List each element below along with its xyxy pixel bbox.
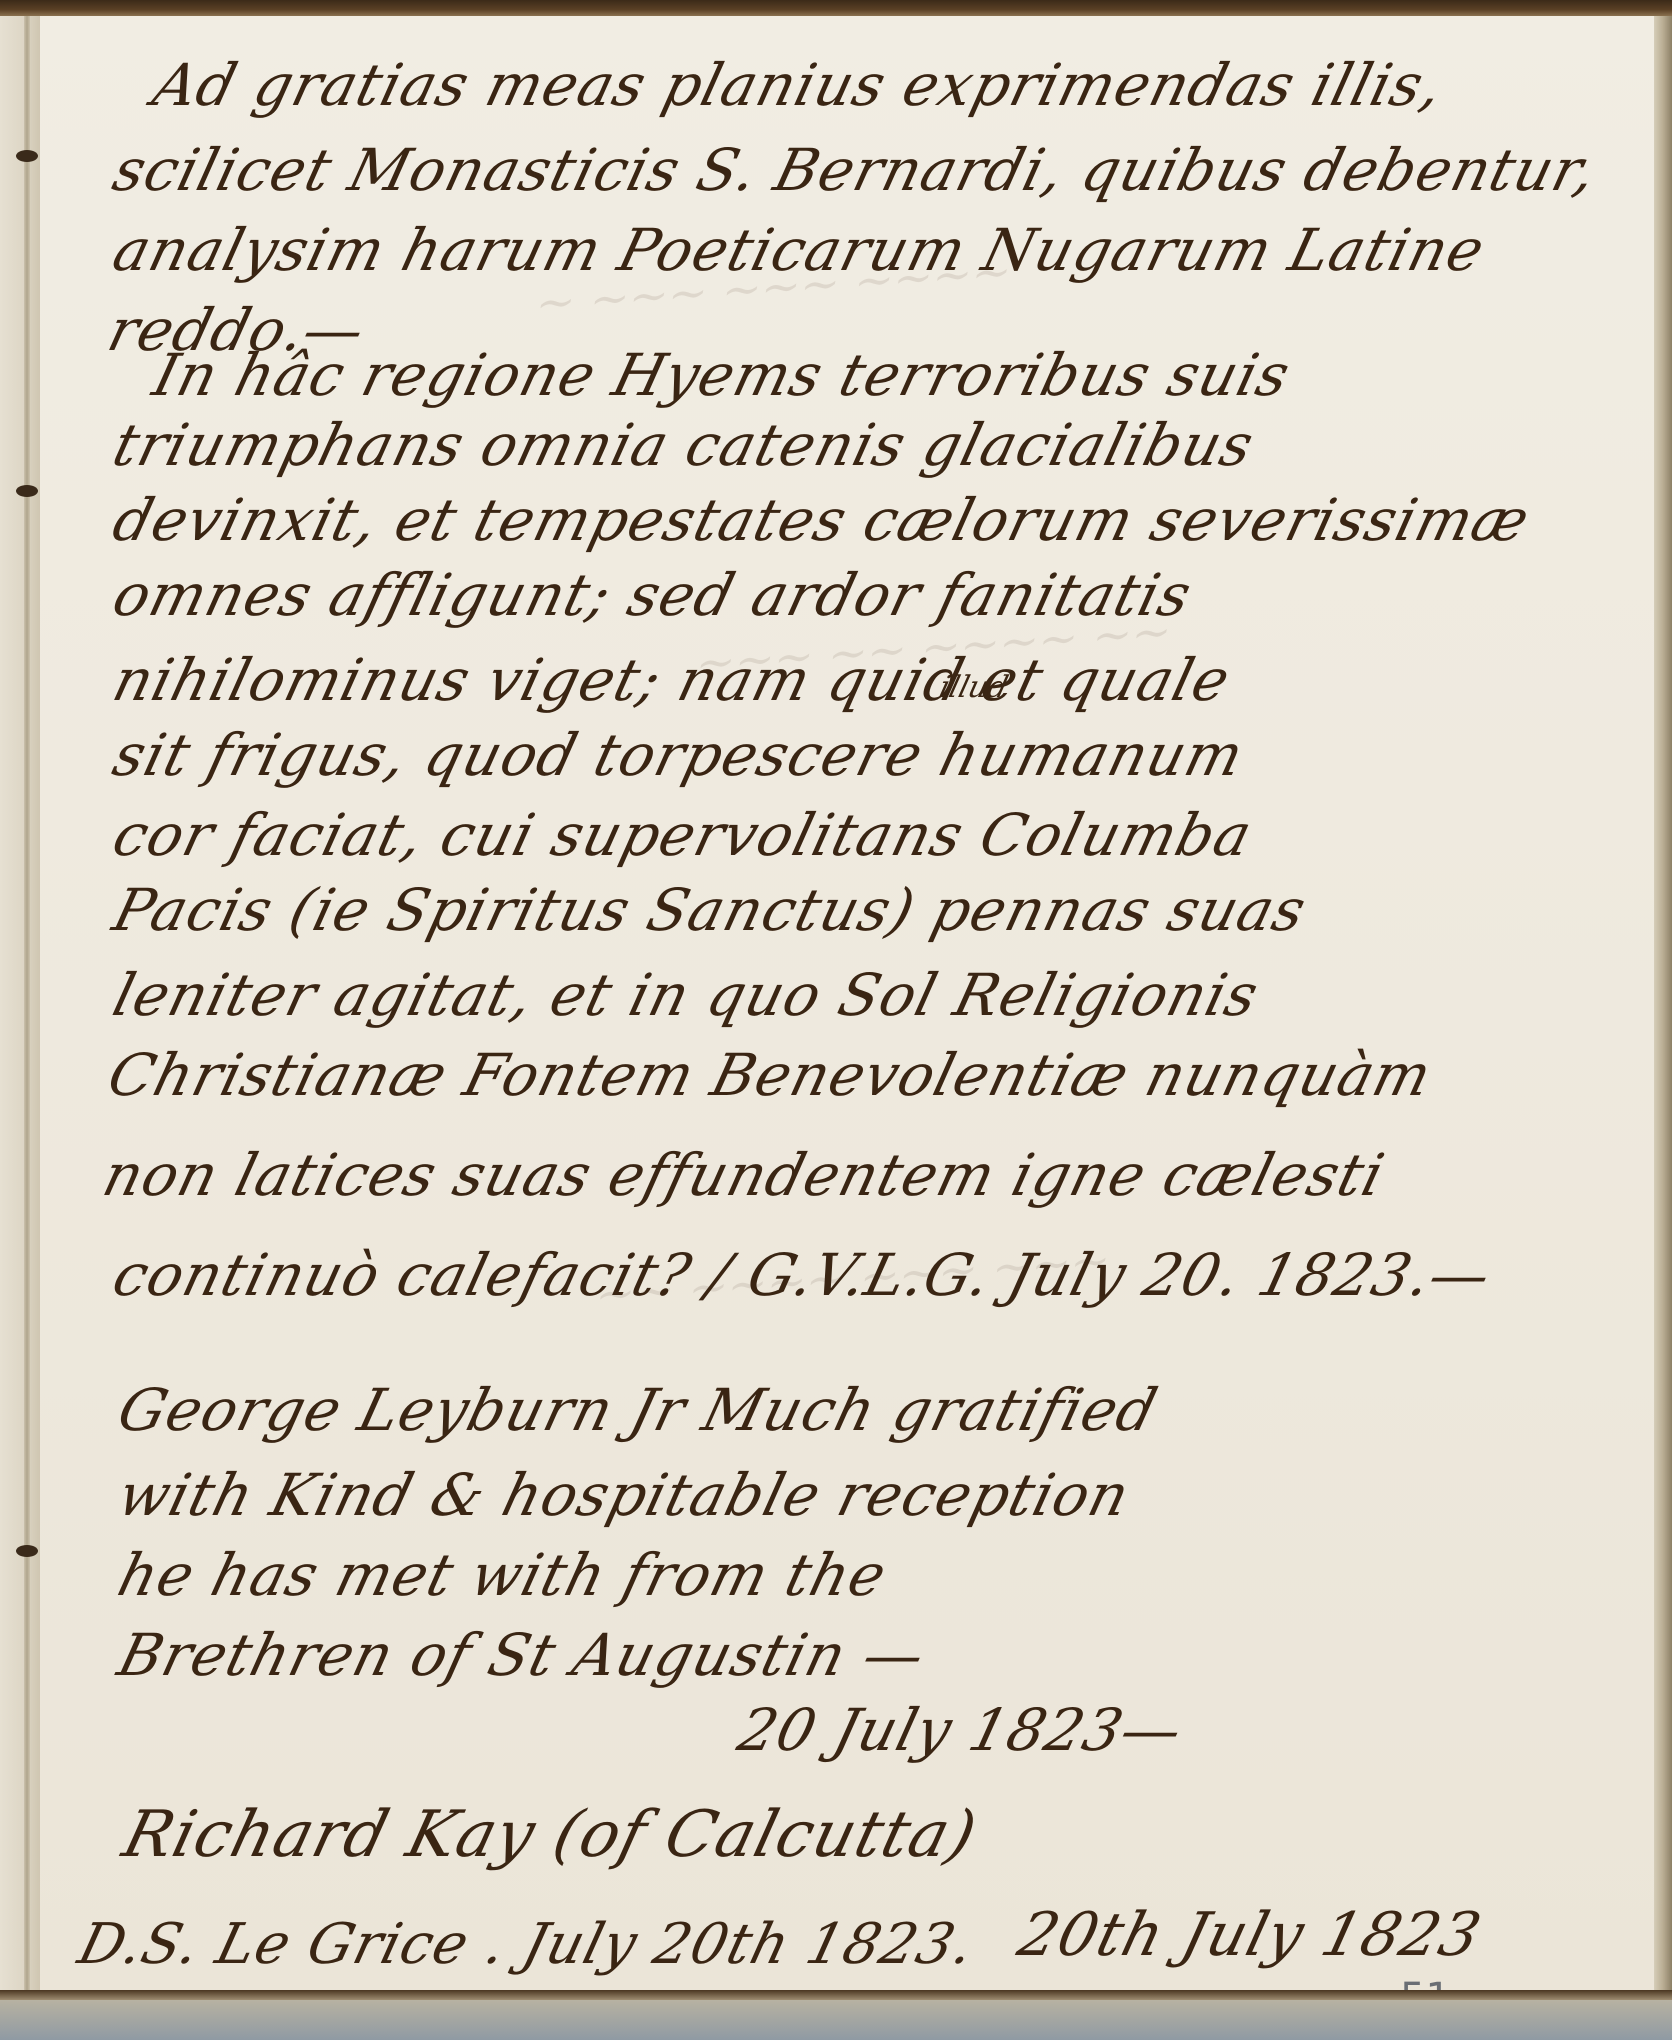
latin-line-7: devinxit, et tempestates cælorum severis… xyxy=(106,485,1537,555)
kay-signature: Richard Kay (of Calcutta) xyxy=(116,1800,983,1870)
legrice-signature: D.S. Le Grice . July 20th 1823. xyxy=(71,1910,981,1980)
latin-line-2: scilicet Monasticis S. Bernardi, quibus … xyxy=(106,135,1604,205)
latin-line-1: Ad gratias meas planius exprimendas illi… xyxy=(146,50,1450,120)
latin-line-8: omnes affligunt; sed ardor fanitatis xyxy=(106,560,1199,630)
leyburn-line-3: he has met with from the xyxy=(111,1540,894,1610)
binding-gutter xyxy=(0,16,40,1990)
latin-line-14: Christianæ Fontem Benevolentiæ nunquàm xyxy=(101,1040,1439,1110)
latin-line-13: leniter agitat, et in quo Sol Religionis xyxy=(106,960,1266,1030)
leyburn-line-4: Brethren of St Augustin — xyxy=(111,1620,932,1690)
page-top-edge xyxy=(0,0,1672,16)
bottom-right-date: 20th July 1823 xyxy=(1011,1900,1488,1970)
scan-background xyxy=(0,2000,1672,2040)
page-bottom-edge xyxy=(0,1990,1672,2000)
latin-line-12: Pacis (ie Spiritus Sanctus) pennas suas xyxy=(106,875,1313,945)
latin-line-5: In hâc regione Hyems terroribus suis xyxy=(146,340,1297,410)
leyburn-line-2: with Kind & hospitable reception xyxy=(111,1460,1137,1530)
latin-line-11: cor faciat, cui supervolitans Columba xyxy=(106,800,1259,870)
page-right-edge xyxy=(1654,16,1672,1990)
latin-line-16: continuò calefacit? / G.V.L.G. July 20. … xyxy=(106,1240,1498,1310)
interlinear-insertion: illud xyxy=(936,670,1012,705)
leyburn-date: 20 July 1823— xyxy=(731,1695,1190,1765)
latin-line-15: non latices suas effundentem igne cælest… xyxy=(96,1140,1392,1210)
stitch-hole xyxy=(16,485,38,497)
latin-line-10: sit frigus, quod torpescere humanum xyxy=(106,720,1251,790)
stitch-hole xyxy=(16,1545,38,1557)
folio-number: 51 xyxy=(1400,1975,1451,1990)
latin-line-3: analysim harum Poeticarum Nugarum Latine xyxy=(106,215,1492,285)
latin-line-6: triumphans omnia catenis glacialibus xyxy=(106,410,1261,480)
leyburn-line-1: George Leyburn Jr Much gratified xyxy=(111,1375,1164,1445)
latin-line-9: nihilominus viget; nam quid et quale xyxy=(106,645,1237,715)
manuscript-page: ~ ~~~ ~~~ ~~~~ ~~~ ~~ ~~~~ ~~ ~~ ~~~~ ~~… xyxy=(0,0,1672,1990)
stitch-hole xyxy=(16,150,38,162)
binding-thread xyxy=(24,16,30,1990)
